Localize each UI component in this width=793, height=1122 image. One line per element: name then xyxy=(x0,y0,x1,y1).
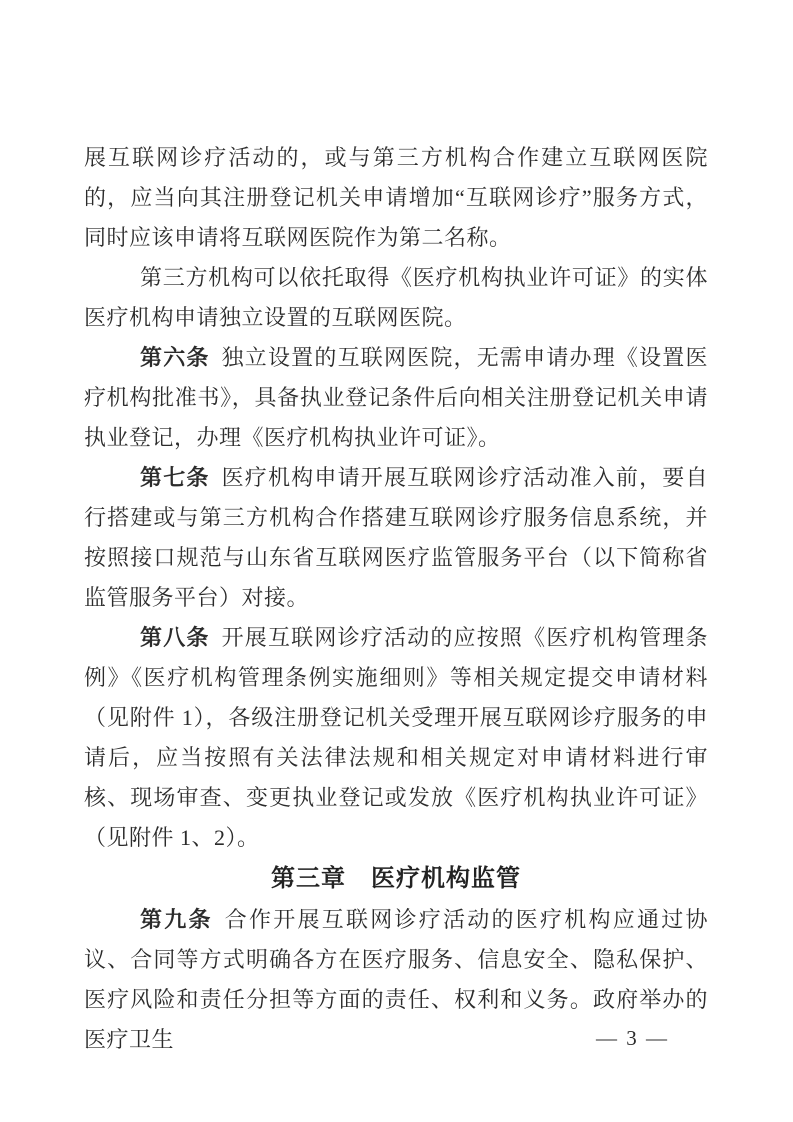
document-body: 展互联网诊疗活动的，或与第三方机构合作建立互联网医院的，应当向其注册登记机关申请… xyxy=(84,138,708,1060)
paragraph-article-7: 第七条医疗机构申请开展互联网诊疗活动准入前，要自行搭建或与第三方机构合作搭建互联… xyxy=(84,458,708,618)
paragraph: 第三方机构可以依托取得《医疗机构执业许可证》的实体医疗机构申请独立设置的互联网医… xyxy=(84,258,708,338)
paragraph-text: 开展互联网诊疗活动的应按照《医疗机构管理条例》《医疗机构管理条例实施细则》等相关… xyxy=(84,625,708,850)
article-number-label: 第九条 xyxy=(140,907,213,932)
paragraph-text: 第三方机构可以依托取得《医疗机构执业许可证》的实体医疗机构申请独立设置的互联网医… xyxy=(84,265,708,330)
article-number-label: 第七条 xyxy=(140,465,210,490)
paragraph-continuation: 展互联网诊疗活动的，或与第三方机构合作建立互联网医院的，应当向其注册登记机关申请… xyxy=(84,138,708,258)
chapter-heading: 第三章 医疗机构监管 xyxy=(84,858,708,900)
document-page: 展互联网诊疗活动的，或与第三方机构合作建立互联网医院的，应当向其注册登记机关申请… xyxy=(0,0,793,1122)
paragraph-text: 展互联网诊疗活动的，或与第三方机构合作建立互联网医院的，应当向其注册登记机关申请… xyxy=(84,145,708,250)
paragraph-article-6: 第六条独立设置的互联网医院，无需申请办理《设置医疗机构批准书》，具备执业登记条件… xyxy=(84,338,708,458)
article-number-label: 第八条 xyxy=(140,625,210,650)
paragraph-article-8: 第八条开展互联网诊疗活动的应按照《医疗机构管理条例》《医疗机构管理条例实施细则》… xyxy=(84,618,708,858)
article-number-label: 第六条 xyxy=(140,345,210,370)
page-number: — 3 — xyxy=(596,1026,669,1050)
